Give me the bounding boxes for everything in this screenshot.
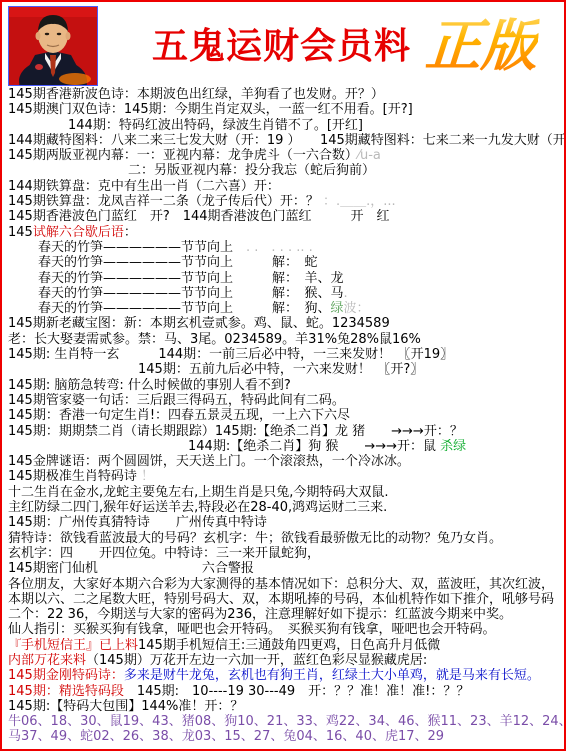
text-line: 春天的竹笋——————节节向上 . . . . . .. . [8,240,564,255]
text-line: 春天的竹笋——————节节向上 解： 蛇 [8,255,564,270]
text-segment: 145期澳门双色诗：145期：今期生肖定双头，一蓝一红不用看。[开?] [8,102,413,117]
text-segment: 145期两版亚视内幕：一：亚视内幕：龙争虎斗（一六合数） [8,148,358,163]
text-line: 145期极准生肖特码诗 ！ [8,469,564,484]
text-segment: 145期：香港一句定生肖!：四春五景灵五现，一上六下六尽 [8,408,350,423]
header: 五鬼运财会员料 正版 [2,2,564,86]
portrait-illustration [9,7,97,85]
text-line: 春天的竹笋——————节节向上 解： 狗、绿波： [8,301,564,316]
text-line: 主红防绿二四门,猴年好运送羊去,特段必在28-40,鸿鸡运财二三来. [8,500,564,515]
text-line: 牛06、18、30、鼠19、43、猪08、狗10、21、33、鸡22、34、46… [8,714,564,729]
text-line: 145期香港新波色诗：本期波色出红绿，羊狗看了也发财。开？） [8,87,564,102]
text-segment: 本期以六、二之尾数大旺，特别号码大、双，本期吼捧的号码，本仙机特作如下推介，吼够… [8,592,554,607]
text-line: 145期新老藏宝图：新：本期玄机壹贰参。鸡、鼠、蛇。1234589 [8,316,564,331]
text-line: 春天的竹笋——————节节向上 解： 猴、马. [8,286,564,301]
text-segment: （145期）万花开左边一六加一开，蓝红色彩尽显猴藏虎居: [86,653,427,668]
text-segment: 玄机字：四 开四位兔。中特诗：三一来开鼠蛇狗， [8,546,320,561]
text-segment: 145期: 脑筋急转弯: 什么时候做的事别人看不到? [8,378,291,393]
text-line: 猜特诗：欲钱看蓝波最大的号码？玄机字：牛；欲钱看最骄傲无比的动物？兔乃女肖。 [8,531,564,546]
text-line: 内部万花来料（145期）万花开左边一六加一开，蓝红色彩尽显猴藏虎居: [8,653,564,668]
text-segment: ：.＿＿.，... [319,194,396,209]
text-segment: 145期:【特码大包围】144%准！开：？ [8,699,243,714]
text-line: 老：长大娶妻需贰参。禁：马、3尾。0234589。羊31%兔28%鼠16% [8,332,564,347]
text-line: 145期:【特码大包围】144%准！开：？ [8,699,564,714]
text-line: 144期：特码红波出特码，绿波生肖错不了。[开红] [8,118,564,133]
text-segment: 144期：特码红波出特码，绿波生肖错不了。[开红] [68,118,363,133]
text-segment: 145期极准生肖特码诗 [8,469,137,484]
text-line: 各位朋友，大家好本期六合彩为大家测得的基本情况如下：总积分大、双，蓝波旺，其次红… [8,577,564,592]
text-segment: 多来是财牛龙兔，玄机也有狗王肖，红绿土大小单鸡，就是马来有长短。 [124,668,540,683]
text-segment: 内部万花来料 [8,653,86,668]
text-segment: 145期新老藏宝图：新：本期玄机壹贰参。鸡、鼠、蛇。1234589 [8,316,390,331]
text-segment: 仙人指引：买猴买狗有钱拿，哑吧也会开特码。 买猴买狗有钱拿，哑吧也会开特码。 [8,622,496,637]
text-line: 十二生肖在金水,龙蛇主要兔左右,上期生肖是只兔,今期特码大双鼠. [8,485,564,500]
text-segment: 145期香港波色门蓝红 开? 144期香港波色门蓝红 开 红 [8,209,390,224]
text-line: 玄机字：四 开四位兔。中特诗：三一来开鼠蛇狗， [8,546,564,561]
text-segment: 老：长大娶妻需贰参。禁：马、3尾。0234589。羊31%兔28%鼠16% [8,332,421,347]
text-line: 马37、49、蛇02、26、38、龙03、15、27、兔04、16、40、虎17… [8,729,564,744]
text-segment: 春天的竹笋——————节节向上 解： 蛇 [38,255,318,270]
text-segment: 145期: 生肖特一玄 144期：一前三后必中特，一三来发财！ 〖开19〗 [8,347,453,362]
text-segment: 杀绿 [440,439,466,454]
text-line: 145金牌谜语：两个圆圆饼，天天送上门。一个滚滚热，一个冷冰冰。 [8,454,564,469]
text-line: 145期密门仙机 六合警报 [8,561,564,576]
text-line: 本期以六、二之尾数大旺，特别号码大、双，本期吼捧的号码，本仙机特作如下推介，吼够… [8,592,564,607]
content-area: 145期香港新波色诗：本期波色出红绿，羊狗看了也发财。开？）145期澳门双色诗：… [2,86,564,745]
text-line: 145期：香港一句定生肖!：四春五景灵五现，一上六下六尽 [8,408,564,423]
text-segment: 波： [344,301,370,316]
text-line: 145期澳门双色诗：145期：今期生肖定双头，一蓝一红不用看。[开?] [8,102,564,117]
text-line: 145期：期期禁二肖（请长期跟踪）145期:【绝杀二肖】龙 猪 →→→开：？ [8,424,564,439]
text-segment: 试解六合歇后语 [33,225,124,240]
text-line: 145期金刚特码诗：多来是财牛龙兔，玄机也有狗王肖，红绿土大小单鸡，就是马来有长… [8,668,564,683]
text-line: 二个：22 36，今期送与大家的密码为236，注意理解好如下提示：红蓝波今期来中… [8,607,564,622]
text-line: 145期：五前九后必中特，一六来发财！ 〖开?〗 [8,362,564,377]
text-segment: 145 [8,225,33,240]
text-segment: 马37、49、蛇02、26、38、龙03、15、27、兔04、16、40、虎17… [8,729,444,744]
text-line: 145期: 生肖特一玄 144期：一前三后必中特，一三来发财！ 〖开19〗 [8,347,564,362]
text-segment: 145期：广州传真猜特诗 广州传真中特诗 [8,515,267,530]
text-line: 二：另版亚视内幕：投分我忘（蛇后狗前） [8,163,564,178]
portrait-photo [8,6,98,86]
text-segment: 春天的竹笋——————节节向上 解： 猴、马 [38,286,344,301]
text-line: 仙人指引：买猴买狗有钱拿，哑吧也会开特码。 买猴买狗有钱拿，哑吧也会开特码。 [8,622,564,637]
text-line: 145期两版亚视内幕：一：亚视内幕：龙争虎斗（一六合数）⁄u-a [8,148,564,163]
text-line: 145期: 脑筋急转弯: 什么时候做的事别人看不到? [8,378,564,393]
text-line: 144期:【绝杀二肖】狗 猴 →→→开：鼠 杀绿 [8,439,564,454]
text-segment: 春天的竹笋——————节节向上 解： 狗、 [38,301,331,316]
text-segment: 春天的竹笋——————节节向上 解： 羊、龙 [38,271,344,286]
text-segment: 『手机短信王』已上料 [8,638,138,653]
text-segment: 145金牌谜语：两个圆圆饼，天天送上门。一个滚滚热，一个冷冰冰。 [8,454,410,469]
text-line: 144期藏特图料：八来二来三七发大财（开：19 ） 145期藏特图料：七来二来一… [8,133,564,148]
text-segment: 145期香港新波色诗：本期波色出红绿，羊狗看了也发财。开？） [8,87,384,102]
text-segment: . . . . . .. . [233,240,313,255]
text-segment: 145期：期期禁二肖（请长期跟踪）145期:【绝杀二肖】龙 猪 →→→开：？ [8,424,463,439]
text-segment: ⁄u-a [358,148,381,163]
text-line: 145期：广州传真猜特诗 广州传真中特诗 [8,515,564,530]
text-segment: 145期：精选特码段 [8,684,124,699]
text-segment: 牛06、18、30、鼠19、43、猪08、狗10、21、33、鸡22、34、46… [8,714,564,729]
edition-badge: 正版 [423,2,541,82]
text-line: 春天的竹笋——————节节向上 解： 羊、龙 [8,271,564,286]
text-line: 145期：精选特码段 145期: 10----19 30---49 开：？？准！… [8,684,564,699]
text-line: 『手机短信王』已上料145期手机短信王:三通鼓角四更鸡，日色高升月低微 [8,638,564,653]
text-line: 145期香港波色门蓝红 开? 144期香港波色门蓝红 开 红 [8,209,564,224]
text-segment: 十二生肖在金水,龙蛇主要兔左右,上期生肖是只兔,今期特码大双鼠. [8,485,389,500]
text-segment: 二：另版亚视内幕：投分我忘（蛇后狗前） [128,163,375,178]
text-segment: 主红防绿二四门,猴年好运送羊去,特段必在28-40,鸿鸡运财二三来. [8,500,387,515]
page: { "header": { "title": "五鬼运财会员料", "badge… [0,0,566,751]
text-segment: 144期藏特图料：八来二来三七发大财（开：19 ） 145期藏特图料：七来二来一… [8,133,564,148]
text-segment: ： [124,225,137,240]
text-segment: 145期铁算盘：龙凤吉祥一二条（龙子传后代）开：？ [8,194,319,209]
text-segment: 猜特诗：欲钱看蓝波最大的号码？玄机字：牛；欲钱看最骄傲无比的动物？兔乃女肖。 [8,531,502,546]
text-segment: 144期:【绝杀二肖】狗 猴 →→→开：鼠 [188,439,440,454]
text-segment: 145期金刚特码诗： [8,668,124,683]
text-segment: 春天的竹笋——————节节向上 [38,240,233,255]
text-segment: ！ [137,469,154,484]
text-segment: . [344,286,348,301]
page-title: 五鬼运财会员料 [152,18,411,69]
text-segment: 145期管家婆一句话：三后跟三得码五，特码此间有二码。 [8,393,345,408]
text-line: 145期铁算盘：龙凤吉祥一二条（龙子传后代）开：？ ：.＿＿.，... [8,194,564,209]
text-segment: 144期铁算盘：克中有生出一肖（二六喜）开： [8,179,280,194]
text-segment: 二个：22 36，今期送与大家的密码为236，注意理解好如下提示：红蓝波今期来中… [8,607,512,622]
text-segment: 各位朋友，大家好本期六合彩为大家测得的基本情况如下：总积分大、双，蓝波旺，其次红… [8,577,554,592]
text-line: 145试解六合歇后语： [8,225,564,240]
text-segment: 145期密门仙机 六合警报 [8,561,254,576]
text-segment: 145期手机短信王:三通鼓角四更鸡，日色高升月低微 [138,638,440,653]
text-line: 144期铁算盘：克中有生出一肖（二六喜）开： [8,179,564,194]
text-segment: 绿 [331,301,344,316]
text-line: 145期管家婆一句话：三后跟三得码五，特码此间有二码。 [8,393,564,408]
text-segment: 145期: 10----19 30---49 开：？？准！准！准!：？？ [124,684,470,699]
text-segment: 145期：五前九后必中特，一六来发财！ 〖开?〗 [138,362,423,377]
